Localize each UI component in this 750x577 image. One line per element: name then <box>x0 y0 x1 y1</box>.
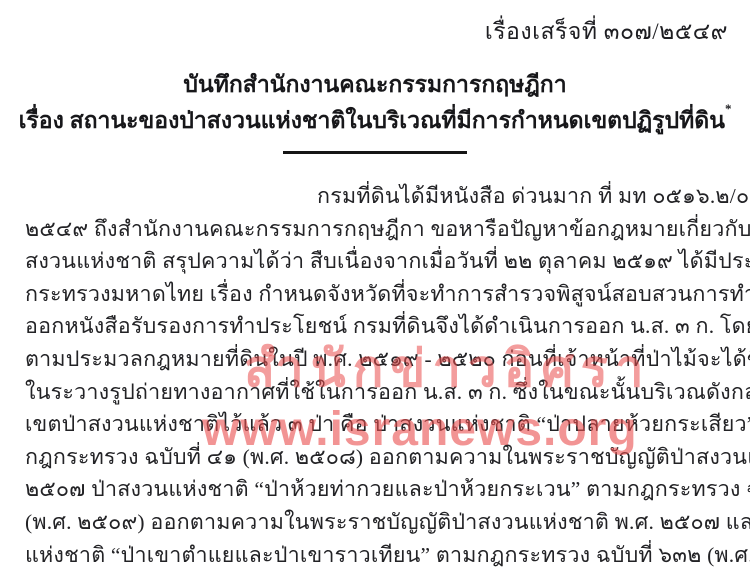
memo-body-paragraph: กรมที่ดินได้มีหนังสือ ด่วนมาก ที่ มท ๐๕๑… <box>25 180 735 571</box>
body-line: แห่งชาติ “ป่าเขาตำแยและป่าเขาราวเทียน” ต… <box>25 539 735 572</box>
footnote-marker: * <box>725 101 732 116</box>
document-subject-line: เรื่อง สถานะของป่าสงวนแห่งชาติในบริเวณที… <box>0 103 750 139</box>
body-line: ตามประมวลกฎหมายที่ดินในปี พ.ศ. ๒๕๑๙ - ๒๕… <box>25 343 735 376</box>
title-divider-rule <box>283 151 467 154</box>
body-line: (พ.ศ. ๒๕๐๙) ออกตามความในพระราชบัญญัติป่า… <box>25 506 735 539</box>
body-line: ในระวางรูปถ่ายทางอากาศที่ใช้ในการออก น.ส… <box>25 376 735 409</box>
body-line: เขตป่าสงวนแห่งชาติไว้แล้ว ๓ ป่า คือ ป่าส… <box>25 408 735 441</box>
body-line: กรมที่ดินได้มีหนังสือ ด่วนมาก ที่ มท ๐๕๑… <box>25 180 735 213</box>
body-line: กฎกระทรวง ฉบับที่ ๔๑ (พ.ศ. ๒๕๐๘) ออกตามค… <box>25 441 735 474</box>
document-page: เรื่องเสร็จที่ ๓๐๗/๒๕๔๙ บันทึกสำนักงานคณ… <box>0 0 750 577</box>
body-line: ๒๕๔๙ ถึงสำนักงานคณะกรรมการกฤษฎีกา ขอหารื… <box>25 213 735 246</box>
body-line: สงวนแห่งชาติ สรุปความได้ว่า สืบเนื่องจาก… <box>25 245 735 278</box>
case-number: เรื่องเสร็จที่ ๓๐๗/๒๕๔๙ <box>485 14 728 50</box>
body-line: ออกหนังสือรับรองการทำประโยชน์ กรมที่ดินจ… <box>25 310 735 343</box>
document-subject-text: เรื่อง สถานะของป่าสงวนแห่งชาติในบริเวณที… <box>19 108 725 133</box>
body-line: ๒๕๐๗ ป่าสงวนแห่งชาติ “ป่าห้วยท่ากวยและป่… <box>25 473 735 506</box>
document-title: บันทึกสำนักงานคณะกรรมการกฤษฎีกา <box>0 68 750 102</box>
body-line: กระทรวงมหาดไทย เรื่อง กำหนดจังหวัดที่จะท… <box>25 278 735 311</box>
